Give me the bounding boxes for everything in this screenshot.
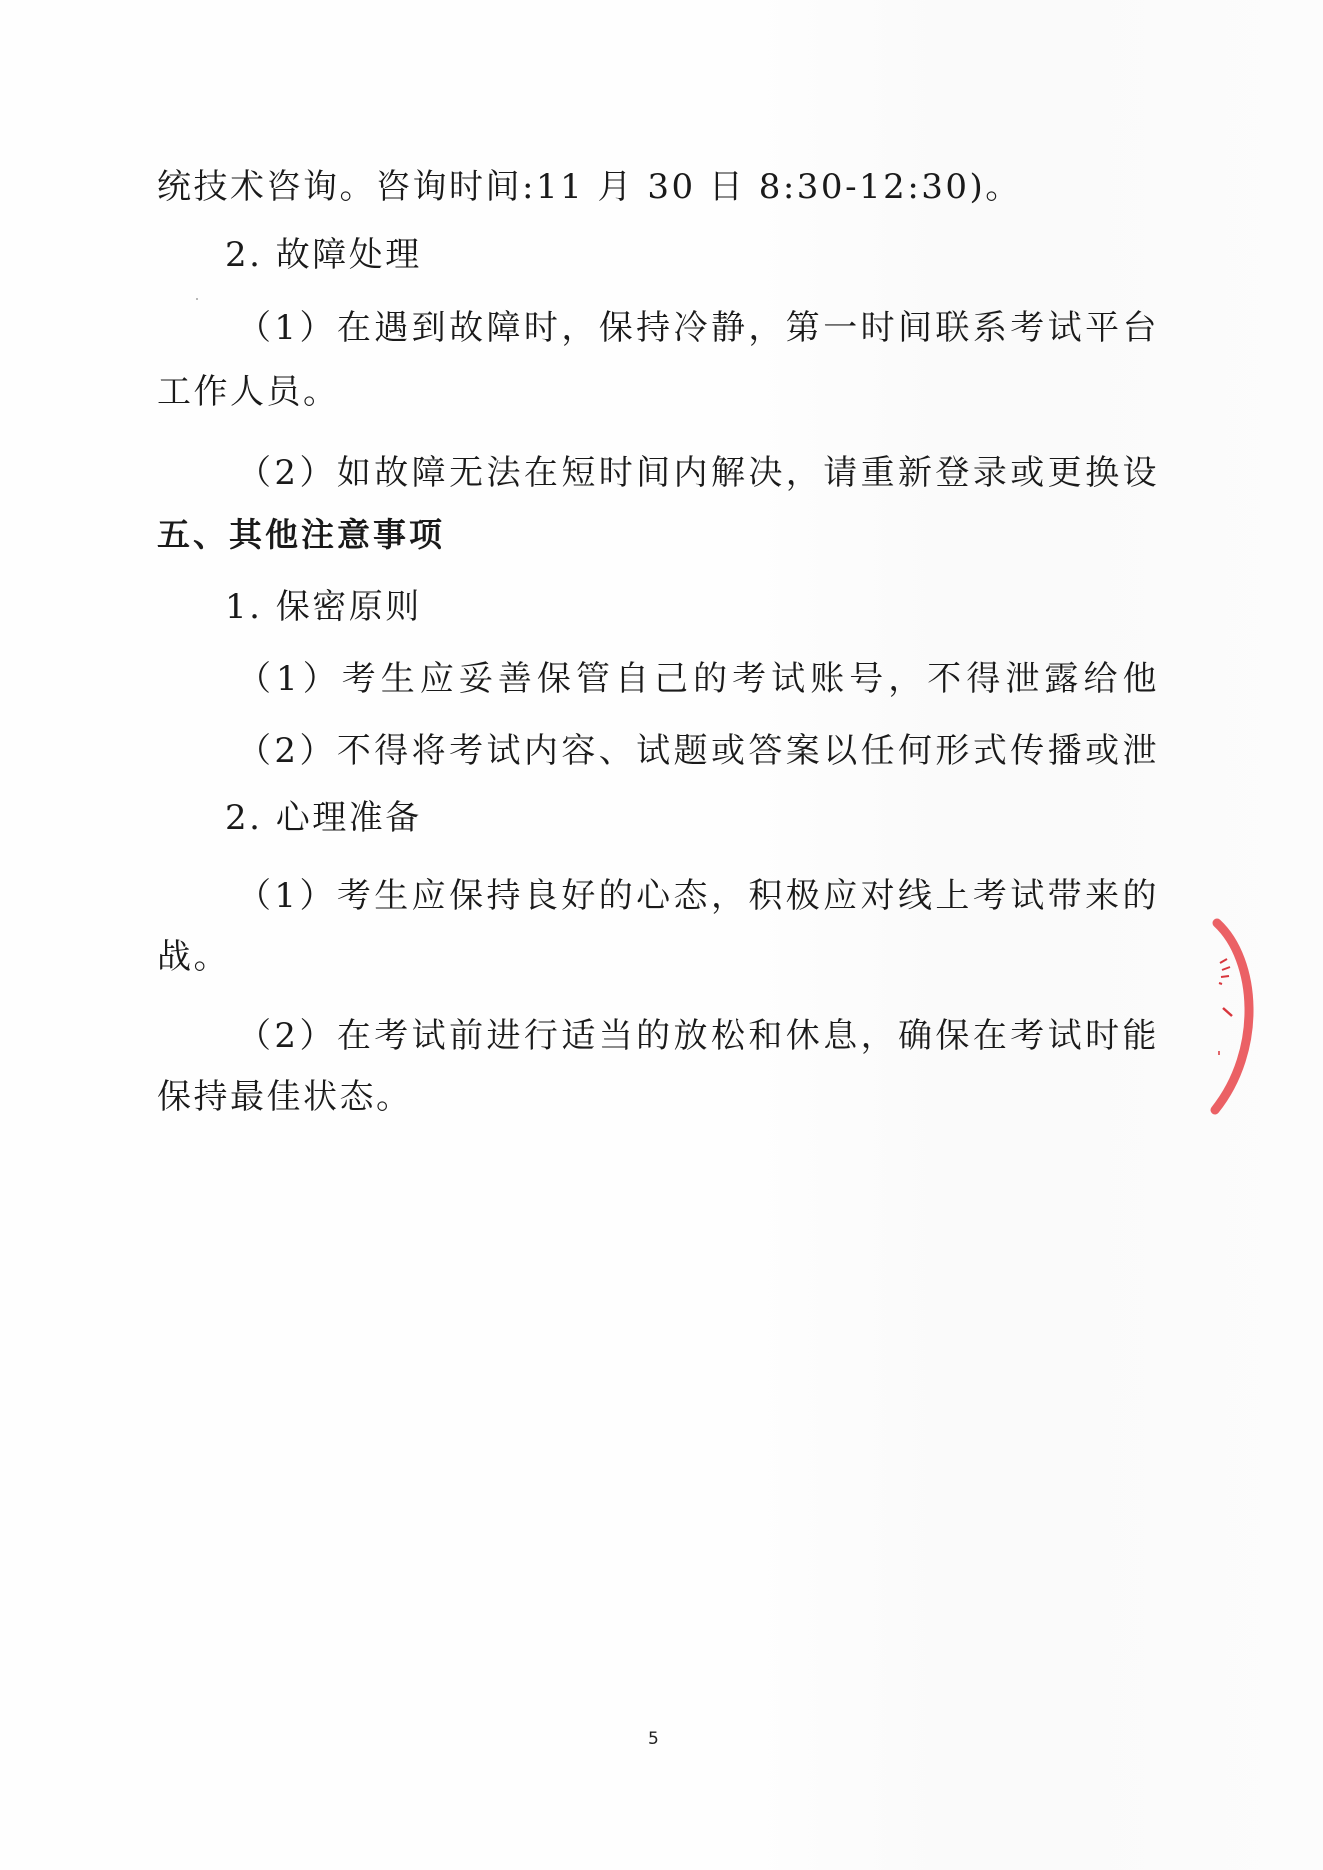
subheading-fault-handling: 2. 故障处理 bbox=[225, 233, 1159, 277]
page-number: 5 bbox=[648, 1729, 659, 1749]
list-item-confidentiality-2: （2）不得将考试内容、试题或答案以任何形式传播或泄露。 bbox=[237, 729, 1159, 773]
list-item-confidentiality-1: （1）考生应妥善保管自己的考试账号，不得泄露给他人。 bbox=[237, 657, 1159, 701]
list-item-mental-1: （1）考生应保持良好的心态，积极应对线上考试带来的挑 bbox=[237, 874, 1159, 918]
red-seal-icon bbox=[1205, 915, 1275, 1115]
list-item-mental-2: （2）在考试前进行适当的放松和休息，确保在考试时能够 bbox=[237, 1014, 1159, 1058]
subheading-confidentiality: 1. 保密原则 bbox=[225, 585, 1159, 629]
body-line-continuation: 统技术咨询。咨询时间:11 月 30 日 8:30-12:30)。 bbox=[157, 165, 1159, 209]
body-line-continuation: 工作人员。 bbox=[157, 370, 1159, 414]
list-item-fault-1: （1）在遇到故障时，保持冷静，第一时间联系考试平台的 bbox=[237, 306, 1159, 350]
scan-speck bbox=[196, 298, 198, 300]
document-page: 统技术咨询。咨询时间:11 月 30 日 8:30-12:30)。 2. 故障处… bbox=[0, 0, 1323, 1870]
body-line-continuation: 保持最佳状态。 bbox=[157, 1075, 1159, 1119]
list-item-fault-2: （2）如故障无法在短时间内解决，请重新登录或更换设备。 bbox=[237, 451, 1159, 495]
section-heading-other-notes: 五、其他注意事项 bbox=[157, 513, 1159, 557]
body-line-continuation: 战。 bbox=[157, 935, 1159, 979]
subheading-mental-preparation: 2. 心理准备 bbox=[225, 796, 1159, 840]
